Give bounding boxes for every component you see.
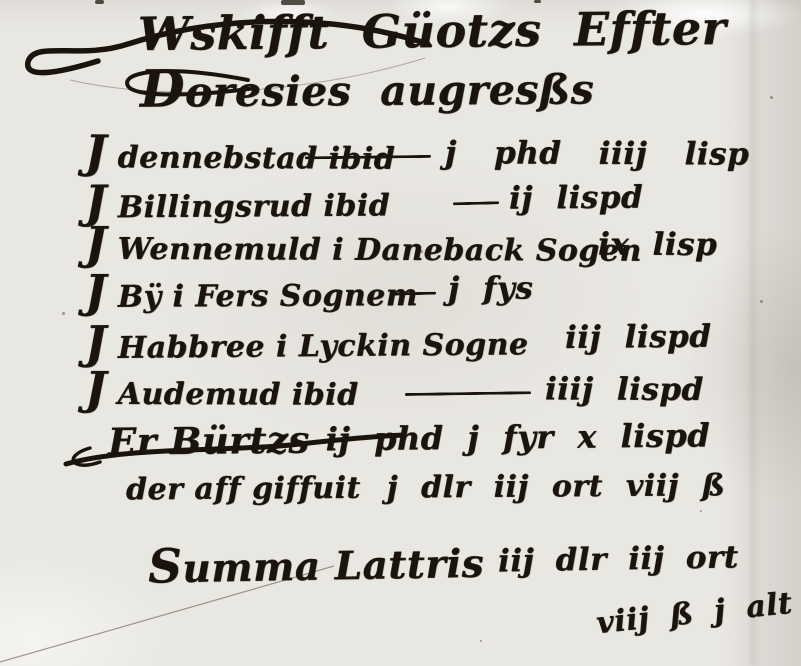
entry-place: J Audemud ibid: [85, 361, 405, 415]
paper-speck: [770, 96, 773, 99]
entry-place: J Bÿ i Fers Sognem: [85, 263, 390, 318]
entry-amount: iiij lispd: [545, 371, 704, 408]
summary-flourish-loop: [73, 448, 100, 465]
total-label: Summa Lattris: [148, 534, 485, 595]
summary-amount: j dlr iij ort viij ß: [387, 468, 726, 505]
ink-rule: [453, 201, 499, 205]
paper-speck: [62, 312, 65, 315]
entry-place: J dennebstad ibid: [85, 125, 305, 179]
entry-amount: ix lisp: [598, 227, 717, 263]
entry-amount: ij lispd: [509, 180, 643, 217]
entry-amount: iij lispd: [565, 319, 712, 356]
manuscript-entry: J Audemud ibid iiij lispd: [85, 365, 797, 413]
paper-speck: [480, 640, 482, 642]
ink-rule: [390, 291, 436, 295]
total-continuation: viij ß j alt: [595, 586, 794, 641]
manuscript-entry: J Wennemuld i Daneback Sogen ix lisp: [85, 220, 797, 268]
manuscript-page: Wskifft Güotzs Effter Doresies augresßs …: [0, 0, 801, 666]
entry-place: J Habbree i Lyckin Sogne: [85, 312, 555, 369]
ink-rule: [405, 391, 531, 396]
total-line: Summa Lattris iij dlr iij ort: [148, 528, 789, 594]
entry-amount: j phd iiij lisp: [445, 135, 749, 173]
summary-label: Er Bürtzs: [108, 418, 310, 464]
total-amount: iij dlr iij ort: [498, 539, 739, 579]
summary-line: der aff giffuit j dlr iij ort viij ß: [126, 468, 801, 508]
manuscript-entry: J Bÿ i Fers Sognem j fys: [85, 264, 797, 314]
paper-stain: [95, 0, 104, 4]
summary-label: der aff giffuit: [126, 471, 361, 508]
summary-line: Er Bürtzs ij phd j fyr x lispd: [108, 412, 798, 463]
summary-amount: ij phd j fyr x lispd: [325, 416, 710, 458]
paper-speck: [700, 510, 702, 512]
title-line-1: Wskifft Güotzs Effter: [138, 1, 727, 61]
paper-stain: [281, 0, 305, 5]
title-line-2: Doresies augresßs: [140, 56, 595, 119]
manuscript-entry: J Habbree i Lyckin Sogne iij lispd: [85, 313, 797, 365]
entry-amount: j fys: [448, 271, 533, 307]
manuscript-entry: J dennebstad ibid j phd iiij lisp: [85, 128, 797, 178]
